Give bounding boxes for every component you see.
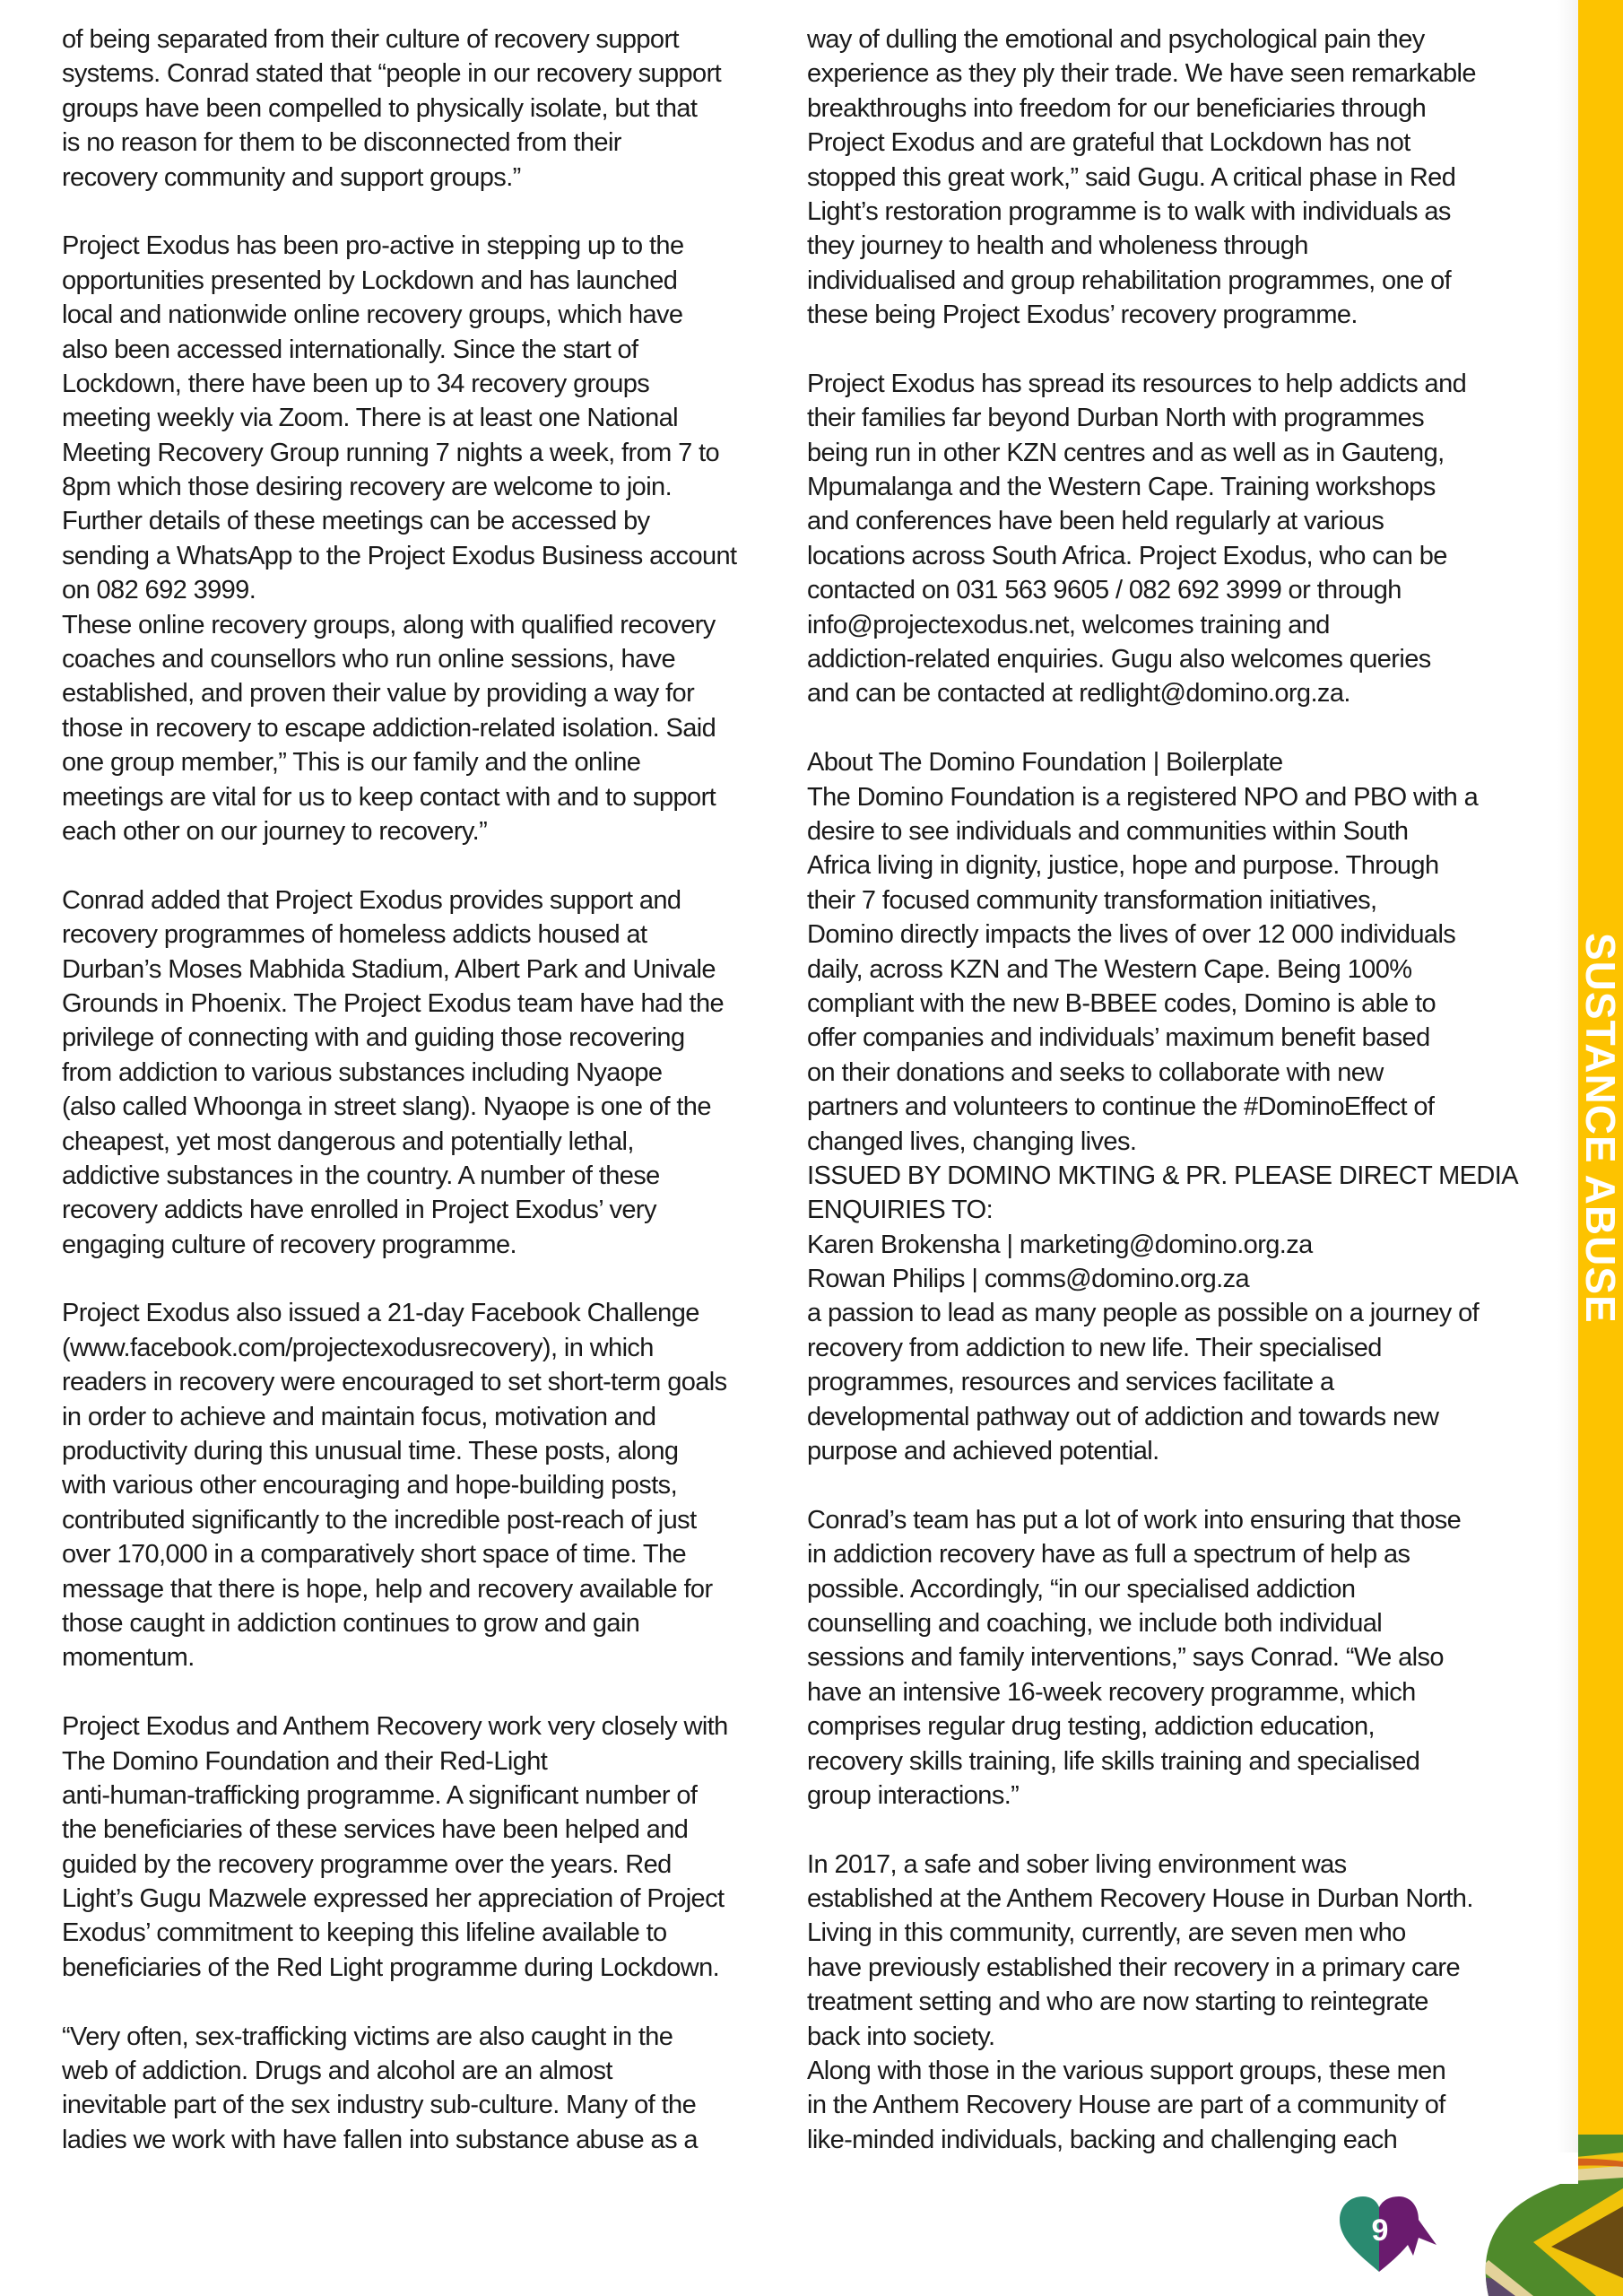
text-line: one group member,” This is our family an… (62, 745, 788, 779)
text-line: Light’s Gugu Mazwele expressed her appre… (62, 1882, 788, 1916)
text-line: daily, across KZN and The Western Cape. … (807, 952, 1533, 987)
paragraph-gap (807, 333, 1533, 367)
article-column-right: way of dulling the emotional and psychol… (807, 22, 1533, 2157)
text-line: Durban’s Moses Mabhida Stadium, Albert P… (62, 952, 788, 987)
text-line: Lockdown, there have been up to 34 recov… (62, 367, 788, 401)
text-line: they journey to health and wholeness thr… (807, 229, 1533, 263)
text-line: Project Exodus and are grateful that Loc… (807, 126, 1533, 160)
text-line: counselling and coaching, we include bot… (807, 1606, 1533, 1640)
text-line: About The Domino Foundation | Boilerplat… (807, 745, 1533, 779)
text-line: contributed significantly to the incredi… (62, 1503, 788, 1537)
text-line: info@projectexodus.net, welcomes trainin… (807, 608, 1533, 642)
south-africa-flag-graphic (1435, 2135, 1623, 2296)
text-line: recovery community and support groups.” (62, 161, 788, 195)
text-line: message that there is hope, help and rec… (62, 1572, 788, 1606)
text-line: in addiction recovery have as full a spe… (807, 1537, 1533, 1571)
text-line: established at the Anthem Recovery House… (807, 1882, 1533, 1916)
text-line: ENQUIRIES TO: (807, 1193, 1533, 1227)
text-line: recovery skills training, life skills tr… (807, 1744, 1533, 1779)
text-line: (also called Whoonga in street slang). N… (62, 1090, 788, 1124)
text-line: these being Project Exodus’ recovery pro… (807, 298, 1533, 332)
text-line: In 2017, a safe and sober living environ… (807, 1848, 1533, 1882)
text-line: ladies we work with have fallen into sub… (62, 2123, 788, 2157)
text-line: opportunities presented by Lockdown and … (62, 264, 788, 298)
text-line: Living in this community, currently, are… (807, 1916, 1533, 1950)
text-line: and conferences have been held regularly… (807, 504, 1533, 538)
text-line: The Domino Foundation and their Red-Ligh… (62, 1744, 788, 1779)
paragraph-gap (62, 1985, 788, 2019)
text-line: have previously established their recove… (807, 1951, 1533, 1985)
paragraph-gap (807, 711, 1533, 745)
text-line: recovery programmes of homeless addicts … (62, 918, 788, 952)
text-line: recovery addicts have enrolled in Projec… (62, 1193, 788, 1227)
sidebar-shadow (1557, 0, 1578, 2152)
text-line: with various other encouraging and hope-… (62, 1468, 788, 1502)
text-line: and can be contacted at redlight@domino.… (807, 676, 1533, 710)
paragraph-gap (807, 1813, 1533, 1847)
text-line: purpose and achieved potential. (807, 1434, 1533, 1468)
text-line: 8pm which those desiring recovery are we… (62, 470, 788, 504)
text-line: have an intensive 16-week recovery progr… (807, 1675, 1533, 1709)
text-line: Along with those in the various support … (807, 2054, 1533, 2088)
text-line: sending a WhatsApp to the Project Exodus… (62, 539, 788, 573)
text-line: Domino directly impacts the lives of ove… (807, 918, 1533, 952)
text-line: of being separated from their culture of… (62, 22, 788, 57)
text-line: Further details of these meetings can be… (62, 504, 788, 538)
text-line: partners and volunteers to continue the … (807, 1090, 1533, 1124)
article-column-left: of being separated from their culture of… (62, 22, 788, 2157)
text-line: productivity during this unusual time. T… (62, 1434, 788, 1468)
text-line: on their donations and seeks to collabor… (807, 1056, 1533, 1090)
text-line: web of addiction. Drugs and alcohol are … (62, 2054, 788, 2088)
text-line: ISSUED BY DOMINO MKTING & PR. PLEASE DIR… (807, 1159, 1533, 1193)
text-line: individualised and group rehabilitation … (807, 264, 1533, 298)
text-line: desire to see individuals and communitie… (807, 814, 1533, 848)
text-line: The Domino Foundation is a registered NP… (807, 780, 1533, 814)
text-line: Rowan Philips | comms@domino.org.za (807, 1262, 1533, 1296)
text-line: guided by the recovery programme over th… (62, 1848, 788, 1882)
text-line: offer companies and individuals’ maximum… (807, 1021, 1533, 1055)
text-line: Conrad added that Project Exodus provide… (62, 883, 788, 918)
text-line: meeting weekly via Zoom. There is at lea… (62, 401, 788, 435)
text-line: Project Exodus also issued a 21-day Face… (62, 1296, 788, 1330)
text-line: group interactions.” (807, 1779, 1533, 1813)
text-line: breakthroughs into freedom for our benef… (807, 91, 1533, 126)
text-line: (www.facebook.com/projectexodusrecovery)… (62, 1331, 788, 1365)
text-line: Project Exodus has spread its resources … (807, 367, 1533, 401)
text-line: on 082 692 3999. (62, 573, 788, 607)
text-line: their families far beyond Durban North w… (807, 401, 1533, 435)
text-line: in the Anthem Recovery House are part of… (807, 2088, 1533, 2122)
text-line: experience as they ply their trade. We h… (807, 57, 1533, 91)
text-line: over 170,000 in a comparatively short sp… (62, 1537, 788, 1571)
text-line: Mpumalanga and the Western Cape. Trainin… (807, 470, 1533, 504)
text-line: Project Exodus and Anthem Recovery work … (62, 1709, 788, 1744)
text-line: local and nationwide online recovery gro… (62, 298, 788, 332)
text-line: addictive substances in the country. A n… (62, 1159, 788, 1193)
text-line: readers in recovery were encouraged to s… (62, 1365, 788, 1399)
text-line: compliant with the new B-BBEE codes, Dom… (807, 987, 1533, 1021)
text-line: systems. Conrad stated that “people in o… (62, 57, 788, 91)
text-line: Conrad’s team has put a lot of work into… (807, 1503, 1533, 1537)
text-line: Grounds in Phoenix. The Project Exodus t… (62, 987, 788, 1021)
text-line: comprises regular drug testing, addictio… (807, 1709, 1533, 1744)
text-line: the beneficiaries of these services have… (62, 1813, 788, 1847)
text-line: established, and proven their value by p… (62, 676, 788, 710)
text-line: a passion to lead as many people as poss… (807, 1296, 1533, 1330)
text-line: programmes, resources and services facil… (807, 1365, 1533, 1399)
text-line: also been accessed internationally. Sinc… (62, 333, 788, 367)
text-line: each other on our journey to recovery.” (62, 814, 788, 848)
text-line: Project Exodus has been pro-active in st… (62, 229, 788, 263)
text-line: is no reason for them to be disconnected… (62, 126, 788, 160)
text-line: from addiction to various substances inc… (62, 1056, 788, 1090)
text-line: being run in other KZN centres and as we… (807, 436, 1533, 470)
text-line: Light’s restoration programme is to walk… (807, 195, 1533, 229)
text-line: those caught in addiction continues to g… (62, 1606, 788, 1640)
text-line: stopped this great work,” said Gugu. A c… (807, 161, 1533, 195)
text-line: way of dulling the emotional and psychol… (807, 22, 1533, 57)
text-line: Meeting Recovery Group running 7 nights … (62, 436, 788, 470)
paragraph-gap (807, 1468, 1533, 1502)
text-line: beneficiaries of the Red Light programme… (62, 1951, 788, 1985)
section-title: SUSTANCE ABUSE (1580, 933, 1621, 1381)
text-line: recovery from addiction to new life. The… (807, 1331, 1533, 1365)
text-line: their 7 focused community transformation… (807, 883, 1533, 918)
text-line: Africa living in dignity, justice, hope … (807, 848, 1533, 883)
paragraph-gap (62, 1262, 788, 1296)
text-line: back into society. (807, 2020, 1533, 2054)
paragraph-gap (62, 195, 788, 229)
text-line: cheapest, yet most dangerous and potenti… (62, 1125, 788, 1159)
text-line: locations across South Africa. Project E… (807, 539, 1533, 573)
text-line: momentum. (62, 1640, 788, 1674)
text-line: engaging culture of recovery programme. (62, 1228, 788, 1262)
text-line: Exodus’ commitment to keeping this lifel… (62, 1916, 788, 1950)
text-line: anti-human-trafficking programme. A sign… (62, 1779, 788, 1813)
text-line: contacted on 031 563 9605 / 082 692 3999… (807, 573, 1533, 607)
text-line: inevitable part of the sex industry sub-… (62, 2088, 788, 2122)
text-line: addiction-related enquiries. Gugu also w… (807, 642, 1533, 676)
paragraph-gap (62, 848, 788, 883)
text-line: meetings are vital for us to keep contac… (62, 780, 788, 814)
text-line: like-minded individuals, backing and cha… (807, 2123, 1533, 2157)
text-line: developmental pathway out of addiction a… (807, 1400, 1533, 1434)
text-line: treatment setting and who are now starti… (807, 1985, 1533, 2019)
text-line: in order to achieve and maintain focus, … (62, 1400, 788, 1434)
text-line: changed lives, changing lives. (807, 1125, 1533, 1159)
text-line: possible. Accordingly, “in our specialis… (807, 1572, 1533, 1606)
text-line: “Very often, sex-trafficking victims are… (62, 2020, 788, 2054)
page-number: 9 (1358, 2213, 1402, 2248)
text-line: coaches and counsellors who run online s… (62, 642, 788, 676)
text-line: privilege of connecting with and guiding… (62, 1021, 788, 1055)
text-line: These online recovery groups, along with… (62, 608, 788, 642)
text-line: Karen Brokensha | marketing@domino.org.z… (807, 1228, 1533, 1262)
paragraph-gap (62, 1675, 788, 1709)
text-line: groups have been compelled to physically… (62, 91, 788, 126)
text-line: those in recovery to escape addiction-re… (62, 711, 788, 745)
text-line: sessions and family interventions,” says… (807, 1640, 1533, 1674)
